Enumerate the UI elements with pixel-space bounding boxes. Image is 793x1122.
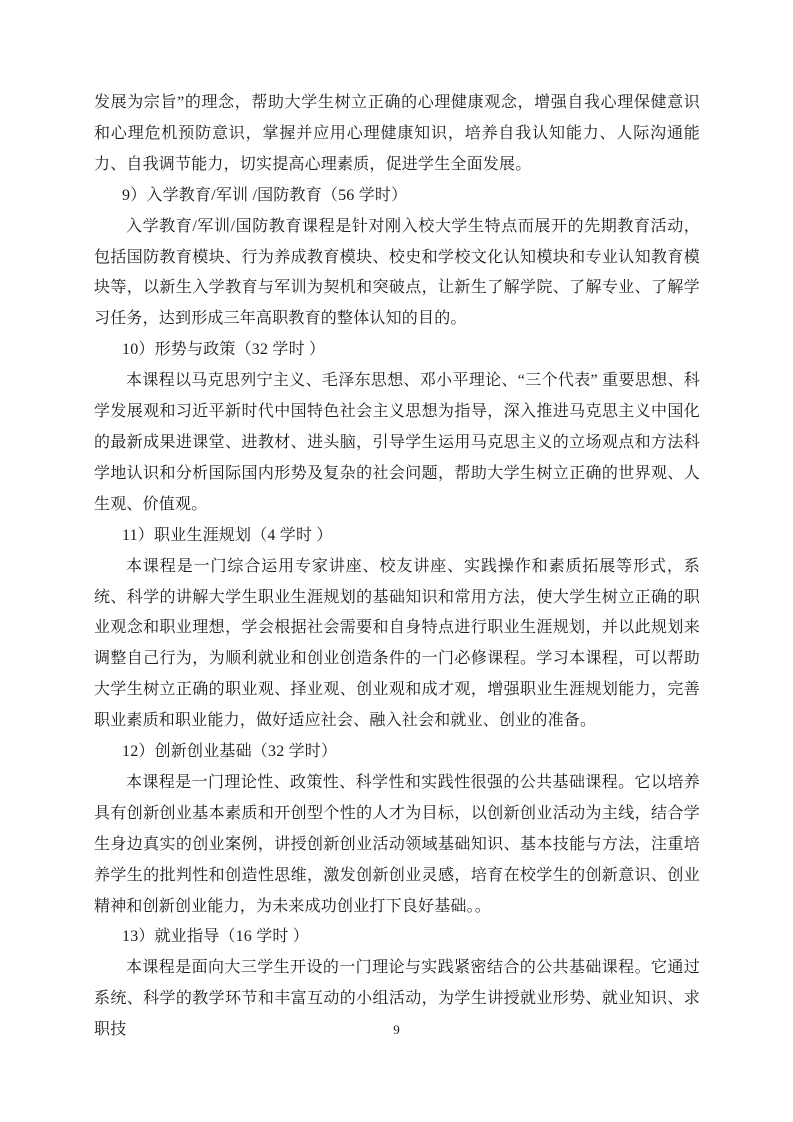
section-heading-12: 12）创新创业基础（32 学时）: [94, 737, 700, 768]
paragraph-section-12: 本课程是一门理论性、政策性、科学性和实践性很强的公共基础课程。它以培养具有创新创…: [94, 768, 700, 923]
paragraph-section-10: 本课程以马克思列宁主义、毛泽东思想、邓小平理论、“三个代表” 重要思想、科学发展…: [94, 366, 700, 521]
paragraph-section-9: 入学教育/军训/国防教育课程是针对刚入校大学生特点而展开的先期教育活动，包括国防…: [94, 212, 700, 336]
paragraph-continued: 发展为宗旨”的理念，帮助大学生树立正确的心理健康观念，增强自我心理保健意识和心理…: [94, 88, 700, 181]
section-heading-10: 10）形势与政策（32 学时 ）: [94, 335, 700, 366]
page-number: 9: [0, 1022, 793, 1038]
section-heading-11: 11）职业生涯规划（4 学时 ）: [94, 521, 700, 552]
section-heading-9: 9）入学教育/军训 /国防教育（56 学时）: [94, 181, 700, 212]
paragraph-section-11: 本课程是一门综合运用专家讲座、校友讲座、实践操作和素质拓展等形式，系统、科学的讲…: [94, 552, 700, 737]
document-body: 发展为宗旨”的理念，帮助大学生树立正确的心理健康观念，增强自我心理保健意识和心理…: [94, 88, 700, 1046]
document-page: 发展为宗旨”的理念，帮助大学生树立正确的心理健康观念，增强自我心理保健意识和心理…: [0, 0, 793, 1122]
section-heading-13: 13）就业指导（16 学时 ）: [94, 922, 700, 953]
